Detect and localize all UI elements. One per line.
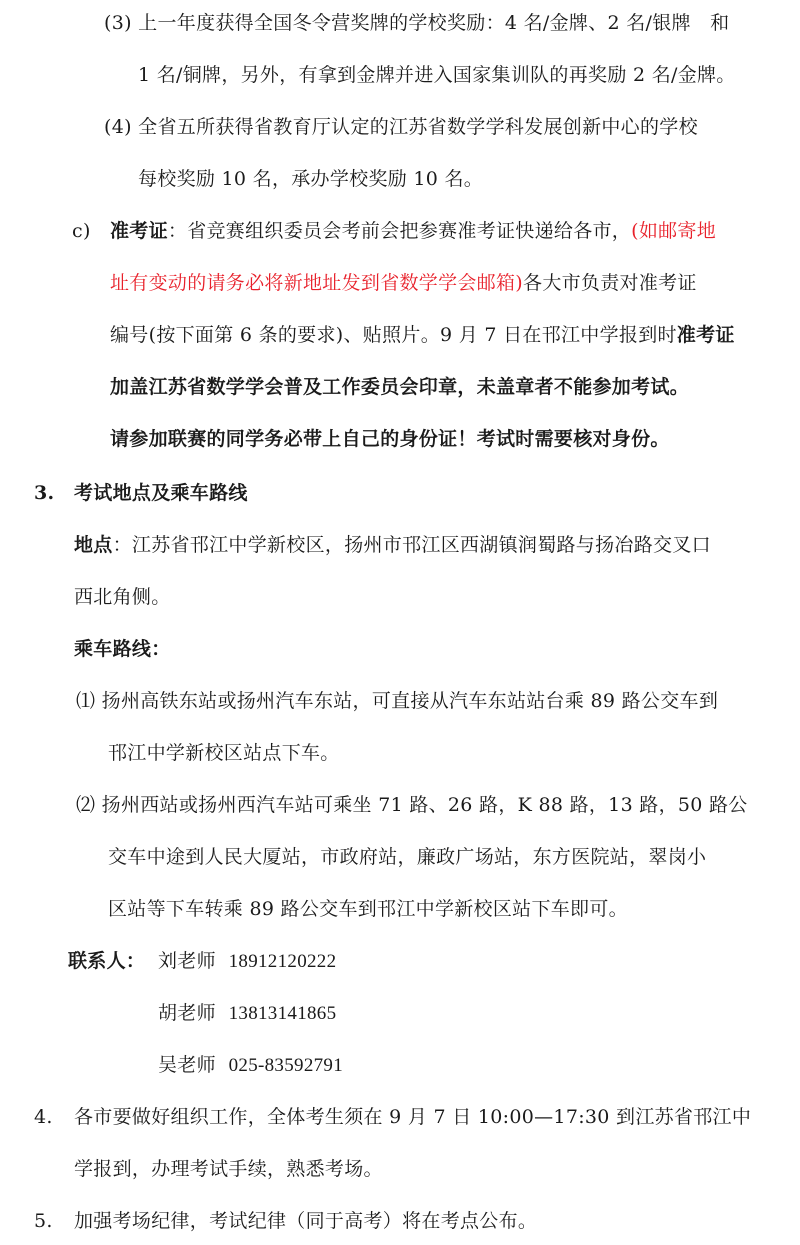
admission-seal-warning: 加盖江苏省数学学会普及工作委员会印章，未盖章者不能参加考试。	[110, 374, 689, 400]
contact-row: 吴老师 025-83592791	[158, 1052, 343, 1079]
section-4-line-1: 各市要做好组织工作，全体考生须在 9 月 7 日 10:00—17:30 到江苏…	[74, 1104, 751, 1130]
award-item-3-marker: (3)	[104, 12, 132, 34]
route-label: 乘车路线：	[74, 636, 171, 662]
route-2-line-2: 交车中途到人民大厦站，市政府站，廉政广场站，东方医院站，翠岗小	[108, 844, 706, 870]
route-2-line-3: 区站等下车转乘 89 路公交车到邗江中学新校区站下车即可。	[108, 896, 628, 922]
route-2-line-1: ⑵ 扬州西站或扬州西汽车站可乘坐 71 路、26 路，K 88 路，13 路，5…	[76, 792, 748, 818]
admission-line-3: 编号(按下面第 6 条的要求)、贴照片。9 月 7 日在邗江中学报到时准考证	[110, 322, 735, 348]
location-line-1: 地点：江苏省邗江中学新校区，扬州市邗江区西湖镇润蜀路与扬冶路交叉口	[74, 532, 711, 558]
location-line-2: 西北角侧。	[74, 584, 171, 610]
admission-bold-3: 准考证	[677, 324, 735, 346]
admission-line-1: 准考证：省竞赛组织委员会考前会把参赛准考证快递给各市，(如邮寄地	[110, 218, 716, 244]
location-label: 地点	[74, 534, 113, 556]
route-1-line-2: 邗江中学新校区站点下车。	[108, 740, 340, 766]
section-4-line-2: 学报到，办理考试手续，熟悉考场。	[74, 1156, 383, 1182]
contact-name: 胡老师	[158, 1002, 216, 1024]
section-3-title: 考试地点及乘车路线	[74, 480, 248, 506]
award-item-4-marker: (4)	[104, 116, 132, 138]
award-item-4-line-1: (4) 全省五所获得省教育厅认定的江苏省数学学科发展创新中心的学校	[104, 114, 698, 140]
contacts-label: 联系人：	[68, 948, 145, 974]
admission-text-2: 各大市负责对准考证	[523, 272, 697, 294]
contact-name: 刘老师	[158, 950, 216, 972]
section-4-number: 4.	[34, 1104, 53, 1130]
admission-line-2: 址有变动的请务必将新地址发到省数学学会邮箱)各大市负责对准考证	[110, 270, 697, 296]
route-1-marker: ⑴	[76, 690, 95, 712]
contact-phone: 025-83592791	[229, 1055, 343, 1076]
award-item-3-text: 上一年度获得全国冬令营奖牌的学校奖励：4 名/金牌、2 名/银牌 和	[138, 12, 729, 34]
admission-text-3: 编号(按下面第 6 条的要求)、贴照片。9 月 7 日在邗江中学报到时	[110, 324, 677, 346]
admission-red-note-1: (如邮寄地	[631, 220, 716, 242]
route-1-text: 扬州高铁东站或扬州汽车东站，可直接从汽车东站站台乘 89 路公交车到	[102, 690, 718, 712]
route-1-line-1: ⑴ 扬州高铁东站或扬州汽车东站，可直接从汽车东站站台乘 89 路公交车到	[76, 688, 718, 714]
award-item-3-line-1: (3) 上一年度获得全国冬令营奖牌的学校奖励：4 名/金牌、2 名/银牌 和	[104, 10, 729, 36]
route-2-marker: ⑵	[76, 794, 95, 816]
section-5-line-1: 加强考场纪律，考试纪律（同于高考）将在考点公布。	[74, 1208, 537, 1234]
admission-marker: c)	[72, 218, 91, 244]
award-item-4-text: 全省五所获得省教育厅认定的江苏省数学学科发展创新中心的学校	[138, 116, 698, 138]
contact-phone: 18912120222	[229, 951, 337, 972]
admission-id-card-warning: 请参加联赛的同学务必带上自己的身份证！考试时需要核对身份。	[110, 426, 670, 452]
admission-text-1: ：省竞赛组织委员会考前会把参赛准考证快递给各市，	[168, 220, 631, 242]
award-item-4-line-2: 每校奖励 10 名，承办学校奖励 10 名。	[138, 166, 483, 192]
contact-phone: 13813141865	[229, 1003, 337, 1024]
contact-row: 刘老师 18912120222	[158, 948, 336, 975]
section-5-number: 5.	[34, 1208, 53, 1234]
admission-red-note-2: 址有变动的请务必将新地址发到省数学学会邮箱)	[110, 272, 523, 294]
contact-name: 吴老师	[158, 1054, 216, 1076]
route-2-text: 扬州西站或扬州西汽车站可乘坐 71 路、26 路，K 88 路，13 路，50 …	[102, 794, 748, 816]
section-3-number: 3.	[34, 480, 54, 506]
contact-row: 胡老师 13813141865	[158, 1000, 336, 1027]
admission-label: 准考证	[110, 220, 168, 242]
location-address: ：江苏省邗江中学新校区，扬州市邗江区西湖镇润蜀路与扬冶路交叉口	[113, 534, 711, 556]
award-item-3-line-2: 1 名/铜牌，另外，有拿到金牌并进入国家集训队的再奖励 2 名/金牌。	[138, 62, 736, 88]
